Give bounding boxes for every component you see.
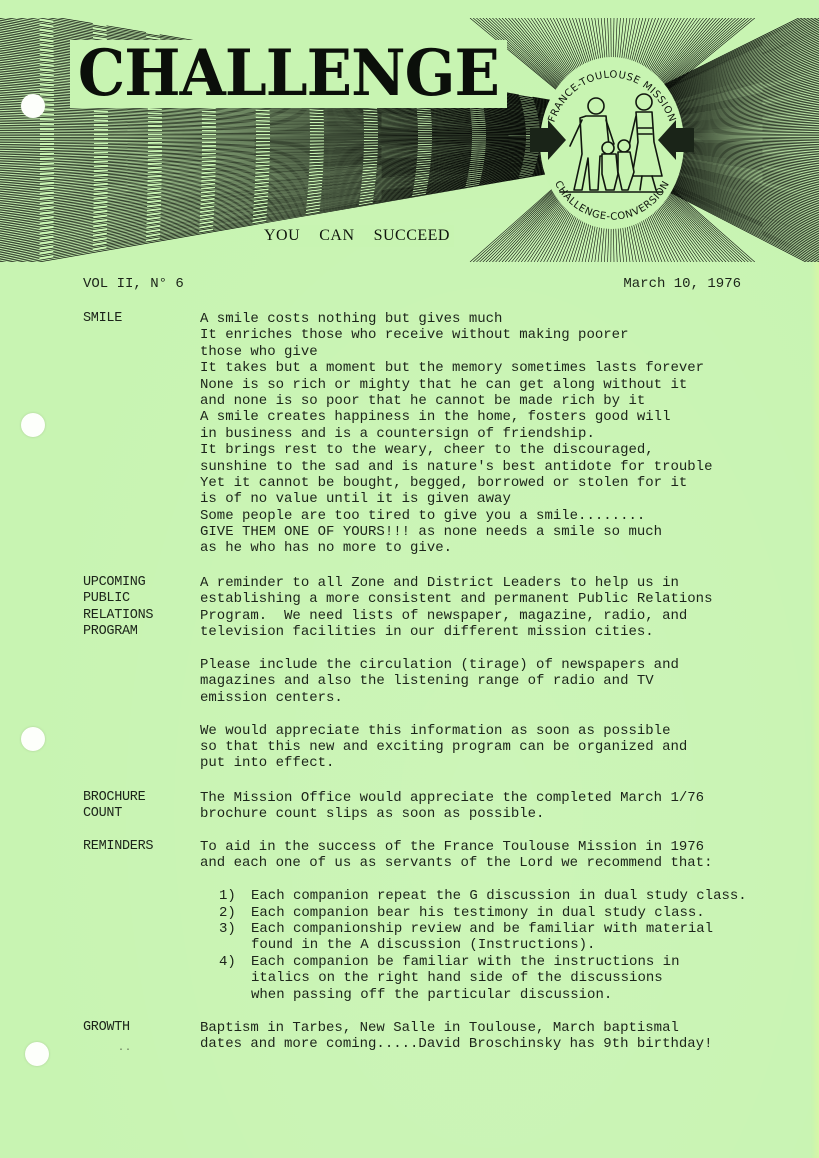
text-line: Each companion be familiar with the inst… (251, 954, 780, 970)
paragraph: We would appreciate this information as … (200, 723, 780, 772)
binder-hole (21, 413, 45, 437)
text-line: establishing a more consistent and perma… (200, 591, 780, 607)
text-line: A reminder to all Zone and District Lead… (200, 575, 780, 591)
text-line: It brings rest to the weary, cheer to th… (200, 442, 780, 458)
paragraph: To aid in the success of the France Toul… (200, 839, 780, 872)
paragraph: The Mission Office would appreciate the … (200, 790, 780, 823)
paragraph: A reminder to all Zone and District Lead… (200, 575, 780, 641)
paragraph: A smile costs nothing but gives muchIt e… (200, 311, 780, 557)
text-line: Each companionship review and be familia… (251, 921, 780, 937)
text-line: and each one of us as servants of the Lo… (200, 855, 780, 871)
paper-edge (811, 262, 819, 1158)
tagline: YOU CAN SUCCEED (260, 225, 454, 247)
text-line: The Mission Office would appreciate the … (200, 790, 780, 806)
text-line: those who give (200, 344, 780, 360)
text-line: Yet it cannot be bought, begged, borrowe… (200, 475, 780, 491)
list-number: 2) (219, 905, 236, 921)
section-label: SMILE (83, 311, 193, 327)
binder-hole (21, 94, 45, 118)
text-line: found in the A discussion (Instructions)… (251, 937, 780, 953)
section-content: To aid in the success of the France Toul… (200, 839, 780, 1003)
text-line: when passing off the particular discussi… (251, 987, 780, 1003)
section-content: A reminder to all Zone and District Lead… (200, 575, 780, 772)
list-number: 3) (219, 921, 236, 937)
text-line: It takes but a moment but the memory som… (200, 360, 780, 376)
section-label: REMINDERS (83, 839, 193, 855)
tagline-word: CAN (319, 227, 354, 245)
text-line: magazines and also the listening range o… (200, 673, 780, 689)
text-line: None is so rich or mighty that he can ge… (200, 377, 780, 393)
stray-marks: .. (118, 1043, 132, 1054)
section-label: UPCOMING PUBLIC RELATIONS PROGRAM (83, 575, 193, 641)
text-line: Each companion bear his testimony in dua… (251, 905, 780, 921)
section-label: GROWTH (83, 1020, 193, 1036)
list-number: 1) (219, 888, 236, 904)
text-line: in business and is a countersign of frie… (200, 426, 780, 442)
text-line: To aid in the success of the France Toul… (200, 839, 780, 855)
text-line: GIVE THEM ONE OF YOURS!!! as none needs … (200, 524, 780, 540)
section-content: Baptism in Tarbes, New Salle in Toulouse… (200, 1020, 780, 1053)
text-line: and none is so poor that he cannot be ma… (200, 393, 780, 409)
text-line: dates and more coming.....David Broschin… (200, 1036, 780, 1052)
text-line: A smile creates happiness in the home, f… (200, 409, 780, 425)
mission-seal-logo: FRANCE-TOULOUSE MISSION CHALLENGE-CONVER… (530, 50, 694, 236)
newsletter-title: CHALLENGE (78, 42, 499, 106)
list-item: 4)Each companion be familiar with the in… (219, 954, 780, 1003)
text-line: We would appreciate this information as … (200, 723, 780, 739)
text-line: Each companion repeat the G discussion i… (251, 888, 780, 904)
text-line: put into effect. (200, 755, 780, 771)
title-box: CHALLENGE (70, 40, 507, 108)
tagline-word: YOU (264, 227, 300, 245)
text-line: is of no value until it is given away (200, 491, 780, 507)
list-item: 1)Each companion repeat the G discussion… (219, 888, 780, 904)
section-content: The Mission Office would appreciate the … (200, 790, 780, 823)
text-line: Some people are too tired to give you a … (200, 508, 780, 524)
text-line: Please include the circulation (tirage) … (200, 657, 780, 673)
text-line: brochure count slips as soon as possible… (200, 806, 780, 822)
text-line: sunshine to the sad and is nature's best… (200, 459, 780, 475)
text-line: Program. We need lists of newspaper, mag… (200, 608, 780, 624)
text-line: emission centers. (200, 690, 780, 706)
list-item: 3)Each companionship review and be famil… (219, 921, 780, 954)
issue-date: March 10, 1976 (623, 276, 741, 292)
volume-number: VOL II, N° 6 (83, 276, 184, 292)
masthead: CHALLENGE YOU CAN SUCCEED (0, 18, 819, 262)
text-line: so that this new and exciting program ca… (200, 739, 780, 755)
text-line: television facilities in our different m… (200, 624, 780, 640)
list-number: 4) (219, 954, 236, 970)
binder-hole (21, 727, 45, 751)
section-content: A smile costs nothing but gives muchIt e… (200, 311, 780, 557)
text-line: Baptism in Tarbes, New Salle in Toulouse… (200, 1020, 780, 1036)
text-line: italics on the right hand side of the di… (251, 970, 780, 986)
recommendation-list: 1)Each companion repeat the G discussion… (200, 888, 780, 1003)
text-line: A smile costs nothing but gives much (200, 311, 780, 327)
tagline-word: SUCCEED (374, 227, 450, 245)
list-item: 2)Each companion bear his testimony in d… (219, 905, 780, 921)
section-label: BROCHURE COUNT (83, 790, 193, 823)
paragraph: Please include the circulation (tirage) … (200, 657, 780, 706)
paragraph: Baptism in Tarbes, New Salle in Toulouse… (200, 1020, 780, 1053)
text-line: It enriches those who receive without ma… (200, 327, 780, 343)
text-line: as he who has no more to give. (200, 540, 780, 556)
binder-hole (25, 1042, 49, 1066)
